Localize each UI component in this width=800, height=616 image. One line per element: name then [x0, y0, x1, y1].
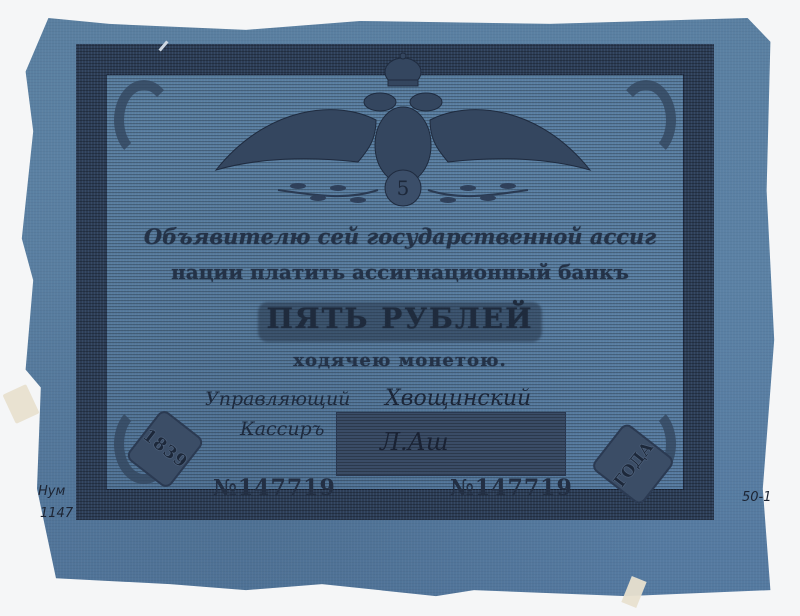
corner-ornament-icon	[114, 80, 174, 160]
denomination-text: ПЯТЬ РУБЛЕЙ	[0, 302, 800, 335]
year-word-text: ГОДА	[609, 438, 656, 491]
pencil-annotation: Нум	[38, 484, 65, 499]
serial-number-right: №147719	[450, 475, 573, 501]
corner-ornament-icon	[616, 80, 676, 160]
text-line-1: Объявителю сей государственной ассиг	[0, 224, 800, 249]
text-line-2: нации платить ассигнационный банкъ	[0, 260, 800, 284]
manager-label: Управляющий	[205, 388, 350, 410]
pencil-annotation: 1147	[40, 506, 73, 521]
double-headed-eagle-icon: 5	[208, 50, 598, 230]
serial-number-left: №147719	[213, 475, 336, 501]
manager-signature: Хвощинский	[385, 386, 531, 411]
medallion-numeral: 5	[397, 176, 410, 200]
cashier-signature: Л.Аш	[380, 428, 449, 456]
cashier-label: Кассиръ	[240, 418, 324, 440]
text-line-4: ходячею монетою.	[0, 350, 800, 371]
signature-panel	[336, 412, 566, 476]
pencil-annotation: 50-1	[742, 490, 772, 505]
year-text: 1839	[139, 425, 192, 472]
